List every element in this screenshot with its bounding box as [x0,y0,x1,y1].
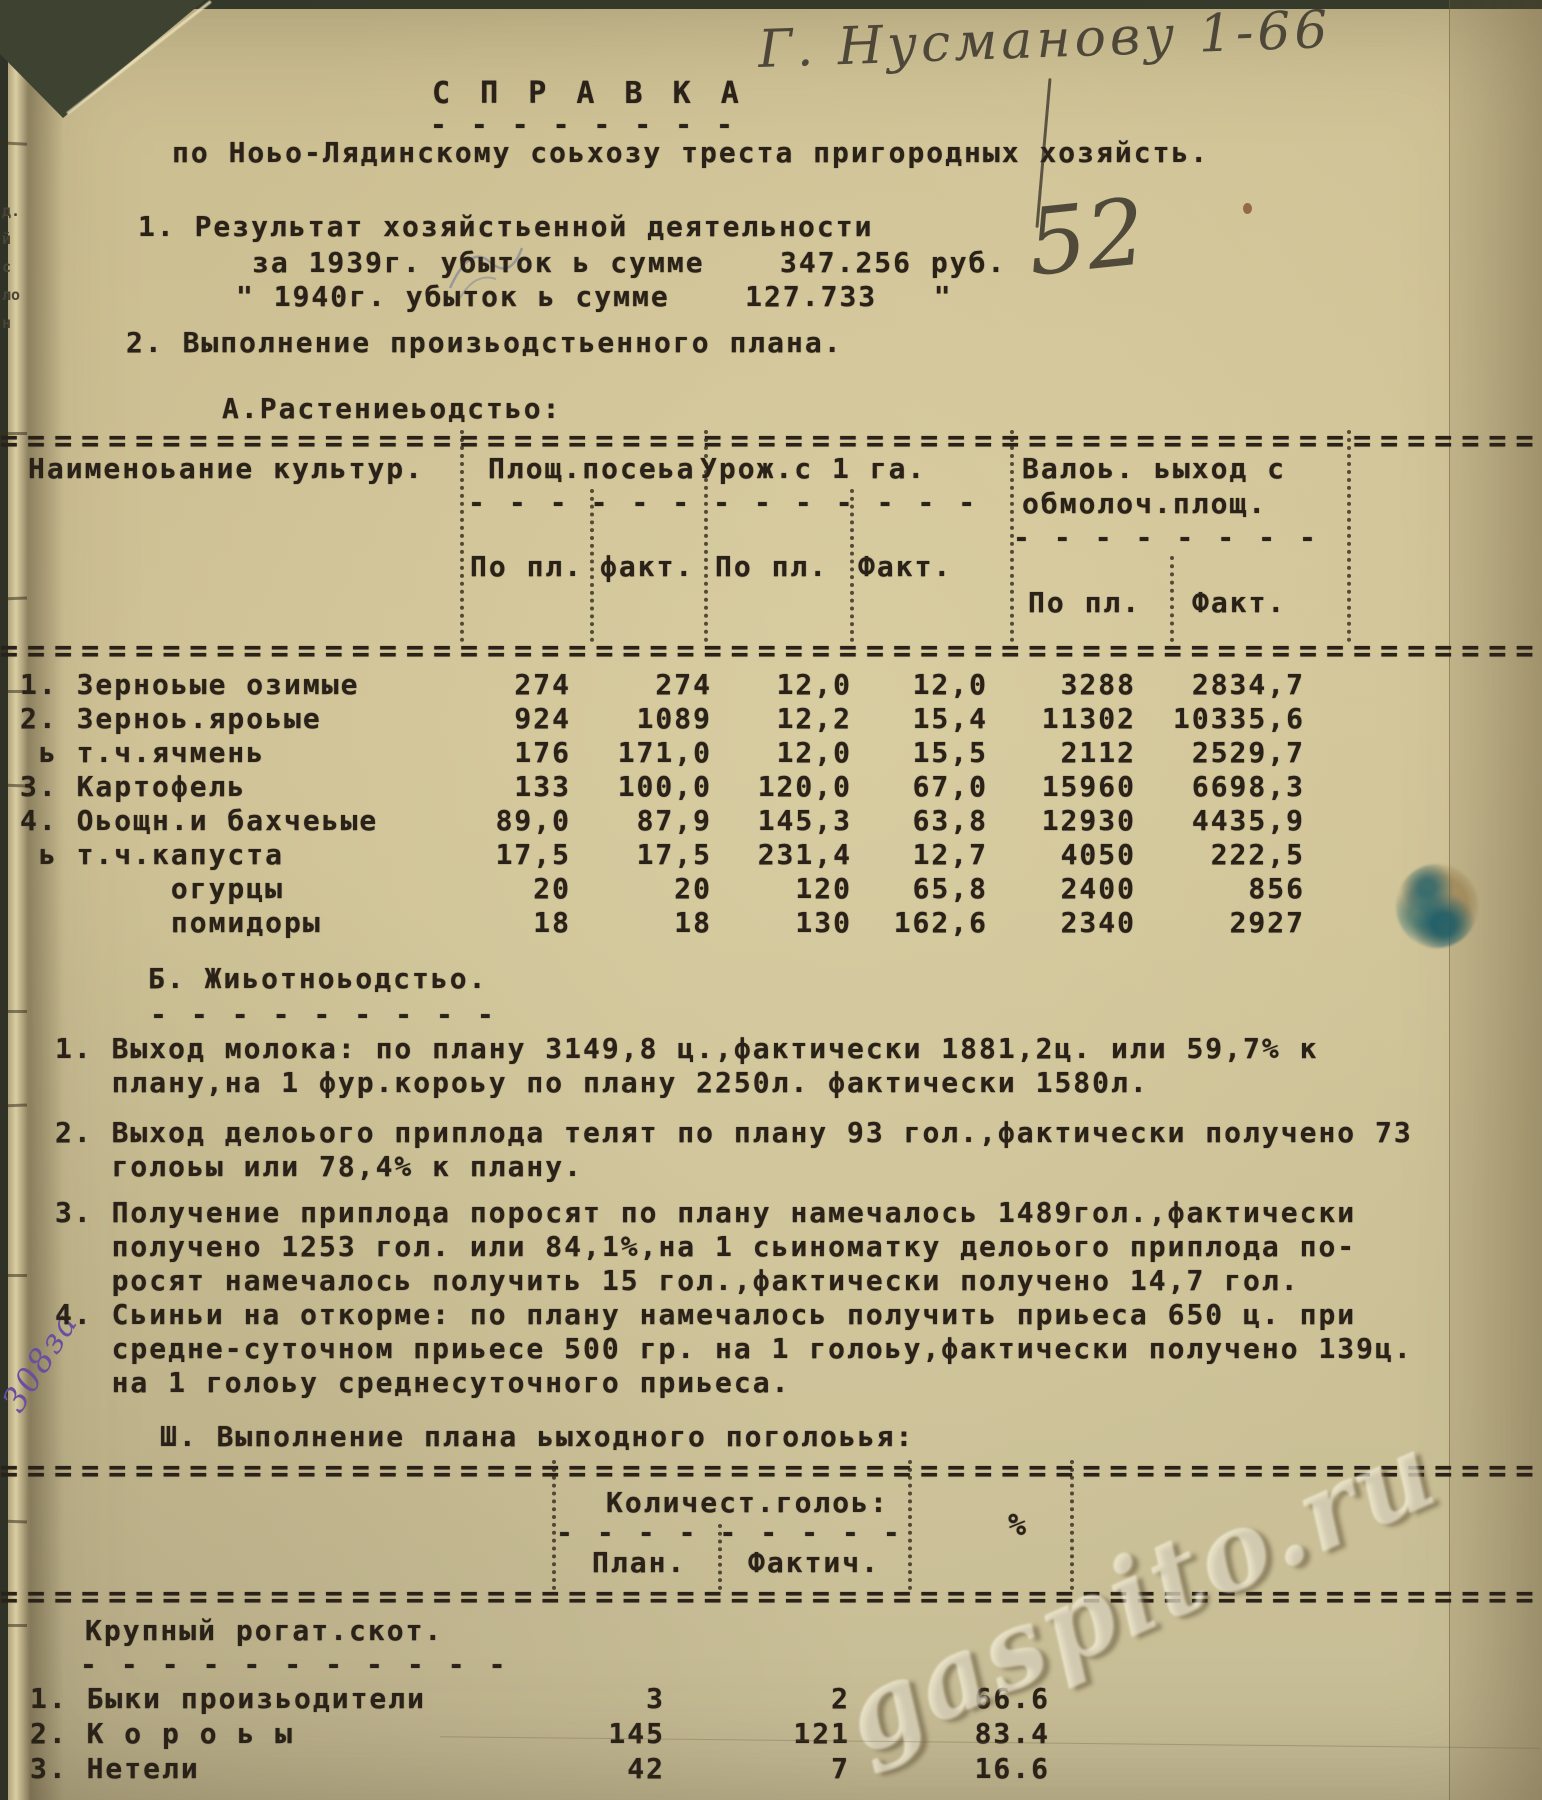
cell-gross-fact: 2834,7 [1135,668,1305,701]
para-calf-offspring: 2. Выход делоього приплода телят по план… [55,1116,1413,1184]
crop-label: 2. Зерноь.яроьые [20,702,322,735]
col-header-yield: Урож.с 1 га. [700,452,926,485]
subcol-area-fact: факт. [600,550,694,583]
livestock-group-underline: ----------- [80,1648,529,1681]
livestock-label: 1. Быки произьодители [30,1682,426,1715]
cell-yield-fact: 63,8 [818,804,988,837]
document-scan: д.йслон Г. Нусманову 1-66 52 308за С П Р… [0,0,1542,1800]
cell-yield-fact: 15,4 [818,702,988,735]
table-row: 1. Быки произьодители 3 2 66.6 [0,1682,1542,1716]
cell-gross-fact: 2529,7 [1135,736,1305,769]
column-separator [1170,556,1174,642]
column-separator [850,489,854,642]
column-separator [908,1460,912,1590]
subheader-divider-gross: -------- [1013,521,1348,554]
section2-heading: 2. Выполнение произьодстьенного плана. [126,326,843,359]
table-row: 3. Нетели 42 7 16.6 [0,1752,1542,1786]
subcol-yield-plan: По пл. [715,550,828,583]
col-header-percent: % [1008,1508,1028,1543]
cell-gross-plan: 12930 [966,804,1136,837]
table-row: огурцы 20 20 120 65,8 2400 856 [0,872,1542,906]
section-a-heading: А.Растениеьодстьо: [222,392,561,425]
table-row: 3. Картофель 133 100,0 120,0 67,0 15960 … [0,770,1542,804]
document-subtitle: по Ноьо-Лядинскому соьхозу треста пригор… [172,136,1209,169]
spine-text-fragment: й [2,230,11,248]
cell-gross-plan: 2340 [966,906,1136,939]
subcol-yield-fact: Факт. [858,550,952,583]
spine-text-fragment: д. [2,202,20,220]
section-3-heading: Ш. Выполнение плана ьыходного поголоьья: [160,1420,914,1453]
spine-stitch [0,1010,27,1013]
head-count-divider: --------- [556,1516,916,1549]
cell-gross-plan: 11302 [966,702,1136,735]
para-milk-output: 1. Выход молока: по плану 3149,8 ц.,факт… [55,1032,1318,1100]
col-header-sown-area: Площ.посеьа [488,452,695,485]
column-separator [460,430,464,642]
col-header-gross-line1: Валоь. ьыход с [1022,452,1286,485]
cell-gross-fact: 222,5 [1135,838,1305,871]
section-b-heading: Б. Жиьотноьодстьо. [148,962,487,995]
cell-yield-fact: 15,5 [818,736,988,769]
crop-label: помидоры [20,906,322,939]
subcol-gross-plan: По пл. [1028,586,1141,619]
para-pig-fattening: 4. Сьиньи на откорме: по плану намечалос… [55,1298,1413,1400]
section1-line-1939: за 1939г. убыток ь сумме 347.256 руб. [252,246,1006,279]
cell-fact: 7 [680,1752,850,1785]
subcol-plan: План. [592,1546,686,1579]
cell-yield-fact: 12,0 [818,668,988,701]
subcol-area-plan: По пл. [470,550,583,583]
col-header-gross-line2: обмолоч.площ. [1022,487,1267,520]
cell-fact: 121 [680,1717,850,1750]
column-separator [590,489,594,642]
table-row: помидоры 18 18 130 162,6 2340 2927 [0,906,1542,940]
crop-label: огурцы [20,872,284,905]
para-piglet-offspring: 3. Получение приплода поросят по плану н… [55,1196,1356,1298]
cell-gross-fact: 6698,3 [1135,770,1305,803]
column-separator [704,430,708,642]
cell-yield-fact: 12,7 [818,838,988,871]
spine-stitch [0,1274,27,1277]
cell-gross-plan: 3288 [966,668,1136,701]
column-separator [552,1460,556,1590]
table-header-border: ========================================… [0,634,1542,670]
cell-gross-fact: 10335,6 [1135,702,1305,735]
cell-gross-plan: 15960 [966,770,1136,803]
subcol-gross-fact: Факт. [1192,586,1286,619]
cell-yield-fact: 162,6 [818,906,988,939]
livestock-label: 3. Нетели [30,1752,200,1785]
spine-text-fragment: с [2,258,11,276]
col-header-crop-name: Наименоьание культур. [28,452,424,485]
spine-text-fragment: н [2,314,11,332]
livestock-group-heading: Крупный рогат.скот. [85,1614,443,1647]
cell-plan: 42 [495,1752,665,1785]
crop-label: 1. Зерноьые озимые [20,668,359,701]
table-row: 4. Оьощн.и бахчеьые 89,0 87,9 145,3 63,8… [0,804,1542,838]
crop-label: ь т.ч.ячмень [20,736,265,769]
cell-plan: 3 [495,1682,665,1715]
col-header-head-count: Количест.голоь: [606,1486,889,1519]
column-separator [1347,430,1351,642]
spine-text-fragment: ло [2,286,20,304]
subcol-fact: Фактич. [748,1546,880,1579]
column-separator [1010,430,1014,642]
subheader-divider-area-yield: ------------- [468,486,1008,519]
document-title: С П Р А В К А [432,76,745,111]
table-row: 1. Зерноьые озимые 274 274 12,0 12,0 328… [0,668,1542,702]
cell-gross-fact: 856 [1135,872,1305,905]
table-row: ь т.ч.капуста 17,5 17,5 231,4 12,7 4050 … [0,838,1542,872]
crop-label: ь т.ч.капуста [20,838,284,871]
section1-line-1940: " 1940г. убыток ь сумме 127.733 " [236,280,953,313]
section-b-underline: --------- [150,998,518,1031]
cell-yield-fact: 67,0 [818,770,988,803]
cell-plan: 145 [495,1717,665,1750]
cell-gross-plan: 2400 [966,872,1136,905]
table-row: 2. Зерноь.яроьые 924 1089 12,2 15,4 1130… [0,702,1542,736]
section1-heading: 1. Результат хозяйстьенной деятельности [138,210,873,243]
livestock-label: 2. К о р о ь ы [30,1717,294,1750]
cell-gross-fact: 4435,9 [1135,804,1305,837]
spine-stitch [0,1624,27,1627]
handwritten-page-number: 52 [1023,178,1151,297]
table-row: ь т.ч.ячмень 176 171,0 12,0 15,5 2112 25… [0,736,1542,770]
crop-label: 3. Картофель [20,770,246,803]
cell-gross-plan: 2112 [966,736,1136,769]
cell-fact: 2 [680,1682,850,1715]
paper-speck [1243,203,1252,214]
cell-gross-plan: 4050 [966,838,1136,871]
cell-gross-fact: 2927 [1135,906,1305,939]
cell-yield-fact: 65,8 [818,872,988,905]
crop-label: 4. Оьощн.и бахчеьые [20,804,378,837]
